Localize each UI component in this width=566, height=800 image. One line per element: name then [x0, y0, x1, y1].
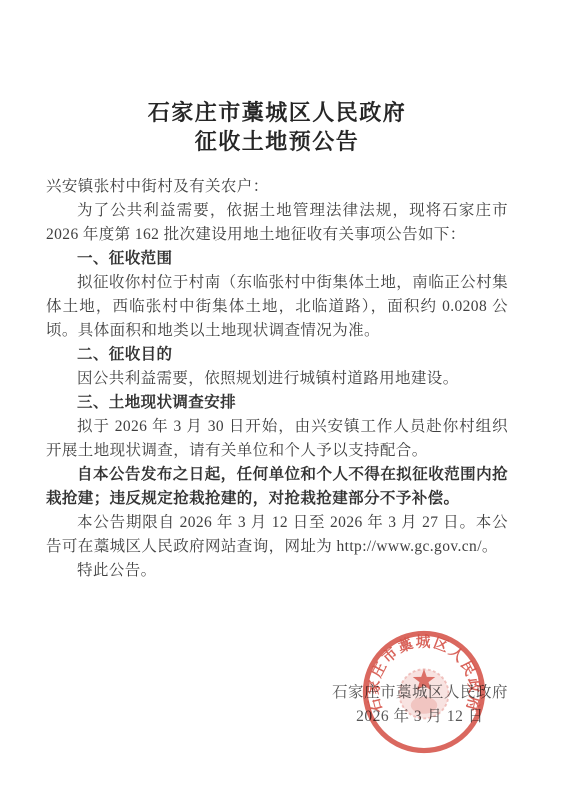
paragraph-scope: 拟征收你村位于村南（东临张村中街集体土地，南临正公村集体土地，西临张村中街集体土…: [46, 271, 508, 343]
official-seal-graphic: 石家庄市藁城区人民政府: [356, 624, 492, 760]
official-seal: 石家庄市藁城区人民政府: [356, 624, 492, 760]
document-body: 兴安镇张村中街村及有关农户： 为了公共利益需要，依据土地管理法律法规，现将石家庄…: [46, 175, 508, 583]
document-page: 石家庄市藁城区人民政府 征收土地预公告 兴安镇张村中街村及有关农户： 为了公共利…: [0, 0, 566, 800]
paragraph-validity: 本公告期限自 2026 年 3 月 12 日至 2026 年 3 月 27 日。…: [46, 511, 508, 559]
section-heading-1: 一、征收范围: [46, 247, 508, 271]
paragraph-intro: 为了公共利益需要，依据土地管理法律法规，现将石家庄市 2026 年度第 162 …: [46, 199, 508, 247]
section-heading-3: 三、土地现状调查安排: [46, 391, 508, 415]
section-heading-2: 二、征收目的: [46, 343, 508, 367]
title-line-1: 石家庄市藁城区人民政府: [46, 98, 508, 127]
title-line-2: 征收土地预公告: [46, 127, 508, 156]
salutation: 兴安镇张村中街村及有关农户：: [46, 175, 508, 199]
document-title: 石家庄市藁城区人民政府 征收土地预公告: [46, 98, 508, 156]
paragraph-closing: 特此公告。: [46, 559, 508, 583]
paragraph-purpose: 因公共利益需要，依照规划进行城镇村道路用地建设。: [46, 367, 508, 391]
paragraph-warning: 自本公告发布之日起，任何单位和个人不得在拟征收范围内抢栽抢建；违反规定抢栽抢建的…: [46, 463, 508, 511]
paragraph-survey: 拟于 2026 年 3 月 30 日开始，由兴安镇工作人员赴你村组织开展土地现状…: [46, 415, 508, 463]
